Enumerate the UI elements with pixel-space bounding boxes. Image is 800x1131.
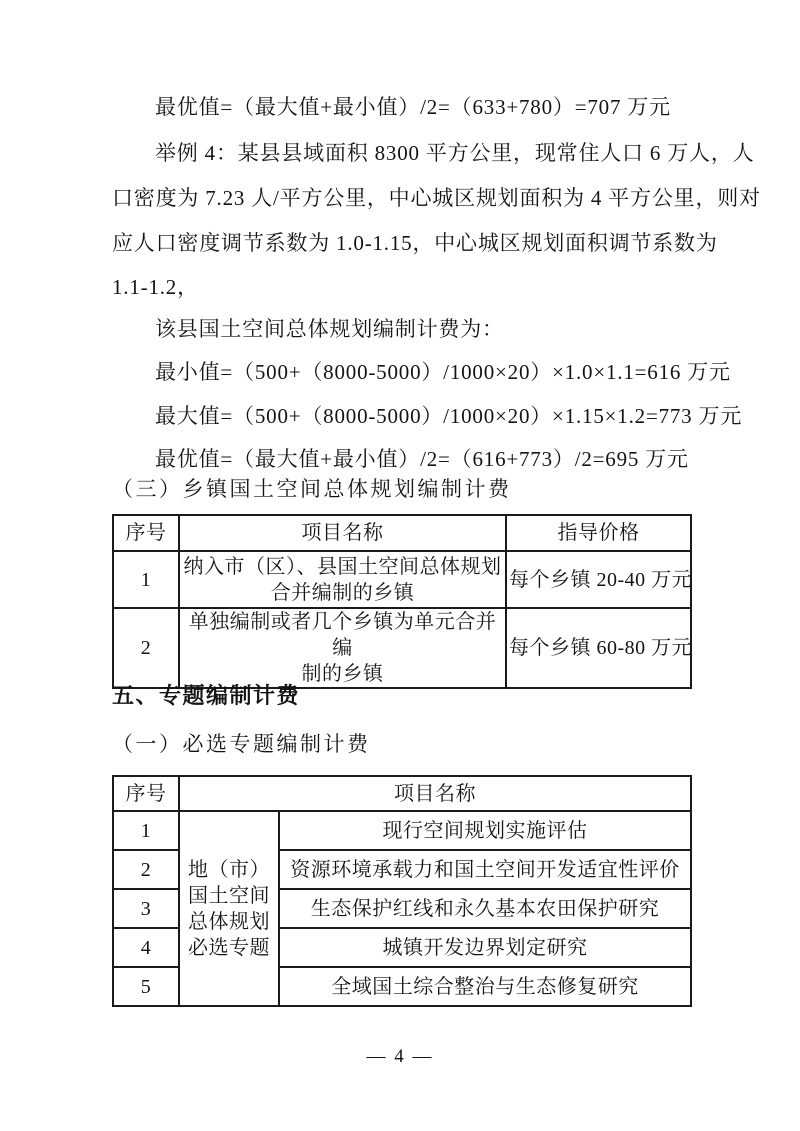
formula-line-optimal-707: 最优值=（最大值+最小值）/2=（633+780）=707 万元 [112,94,733,120]
county-fee-intro-line: 该县国土空间总体规划编制计费为： [112,316,733,342]
row-no: 2 [113,850,179,889]
topic-group-label: 地（市） 国土空间 总体规划 必选专题 [179,811,279,1006]
mandatory-topics-table: 序号 项目名称 1 地（市） 国土空间 总体规划 必选专题 现行空间规划实施评估… [112,775,692,1007]
example-4-line-2: 口密度为 7.23 人/平方公里，中心城区规划面积为 4 平方公里，则对 [112,185,690,211]
document-page: 最优值=（最大值+最小值）/2=（633+780）=707 万元 举例 4：某县… [0,0,800,1131]
section-5-heading: 五、专题编制计费 [112,679,690,710]
row-no: 1 [113,811,179,850]
col-header-name: 项目名称 [179,515,506,551]
col-header-no: 序号 [113,776,179,811]
table-header-row: 序号 项目名称 [113,776,691,811]
row-name: 生态保护红线和永久基本农田保护研究 [279,889,691,928]
formula-line-min-616: 最小值=（500+（8000-5000）/1000×20）×1.0×1.1=61… [112,359,733,385]
col-header-no: 序号 [113,515,179,551]
example-4-line-4: 1.1-1.2， [112,274,690,300]
row-name: 全域国土综合整治与生态修复研究 [279,967,691,1006]
table-row: 1 纳入市（区）、县国土空间总体规划 合并编制的乡镇 每个乡镇 20-40 万元 [113,551,691,608]
row-price: 每个乡镇 60-80 万元 [506,608,691,688]
formula-line-max-773: 最大值=（500+（8000-5000）/1000×20）×1.15×1.2=7… [112,403,733,429]
row-name: 资源环境承载力和国土空间开发适宜性评价 [279,850,691,889]
section-3-heading: （三）乡镇国土空间总体规划编制计费 [112,473,690,503]
table-row: 2 单独编制或者几个乡镇为单元合并编 制的乡镇 每个乡镇 60-80 万元 [113,608,691,688]
row-name: 单独编制或者几个乡镇为单元合并编 制的乡镇 [179,608,506,688]
row-no: 3 [113,889,179,928]
formula-line-optimal-695: 最优值=（最大值+最小值）/2=（616+773）/2=695 万元 [112,446,733,472]
col-header-name: 项目名称 [179,776,691,811]
row-name: 现行空间规划实施评估 [279,811,691,850]
col-header-price: 指导价格 [506,515,691,551]
township-fee-table: 序号 项目名称 指导价格 1 纳入市（区）、县国土空间总体规划 合并编制的乡镇 … [112,514,692,689]
row-no: 5 [113,967,179,1006]
page-number: — 4 — [0,1046,800,1068]
table-row: 1 地（市） 国土空间 总体规划 必选专题 现行空间规划实施评估 [113,811,691,850]
table-header-row: 序号 项目名称 指导价格 [113,515,691,551]
row-no: 2 [113,608,179,688]
section-5-sub-heading: （一）必选专题编制计费 [112,728,690,758]
row-name: 纳入市（区）、县国土空间总体规划 合并编制的乡镇 [179,551,506,608]
row-no: 4 [113,928,179,967]
row-no: 1 [113,551,179,608]
row-name: 城镇开发边界划定研究 [279,928,691,967]
example-4-line-3: 应人口密度调节系数为 1.0-1.15，中心城区规划面积调节系数为 [112,230,690,256]
example-4-line-1: 举例 4：某县县域面积 8300 平方公里，现常住人口 6 万人，人 [112,140,733,166]
row-price: 每个乡镇 20-40 万元 [506,551,691,608]
